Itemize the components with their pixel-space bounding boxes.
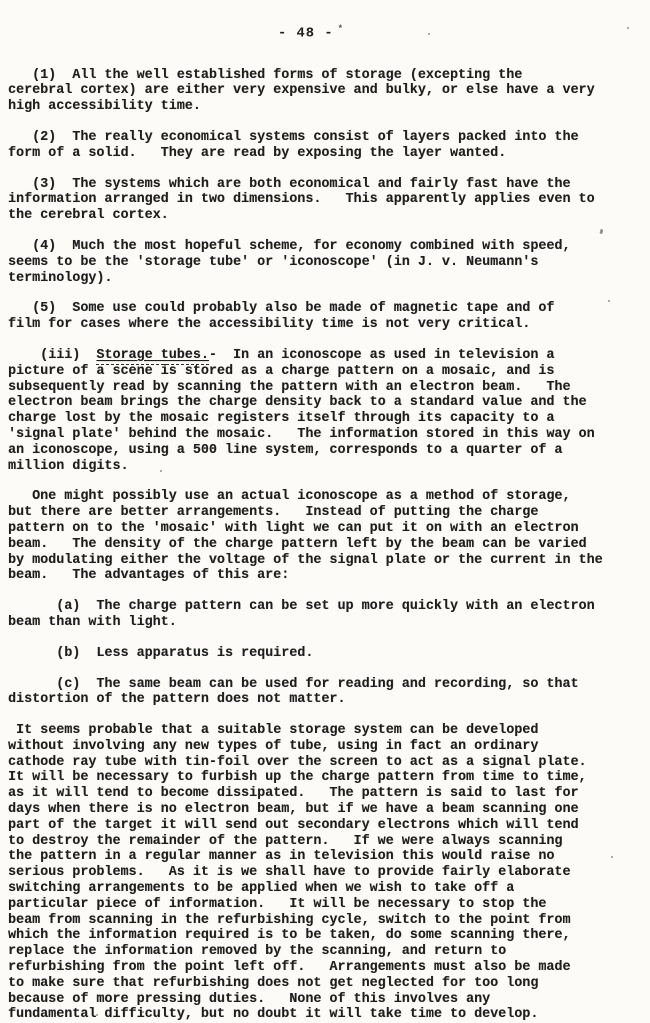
paragraph-3: (3) The systems which are both economica… <box>8 177 622 224</box>
scan-speck <box>608 300 610 302</box>
storage-tubes-prefix: (iii) <box>8 348 96 363</box>
document-body: (1) All the well established forms of st… <box>0 68 650 1023</box>
document-page: - 48 -* (1) All the well established for… <box>0 0 650 1023</box>
scan-speck <box>611 856 613 858</box>
paragraph-2: (2) The really economical systems consis… <box>8 130 622 162</box>
scan-speck <box>627 27 629 29</box>
storage-tubes-body: - In an iconoscope as used in television… <box>8 348 595 474</box>
paragraph-5: (5) Some use could probably also be made… <box>8 301 622 333</box>
scan-speck <box>142 1011 144 1013</box>
page-number: - 48 -* <box>0 24 636 42</box>
paragraph-4: (4) Much the most hopeful scheme, for ec… <box>8 239 622 286</box>
page-number-mark: * <box>338 24 344 34</box>
paragraph-one-might: One might possibly use an actual iconosc… <box>8 489 622 584</box>
list-item-c: (c) The same beam can be used for readin… <box>8 677 622 709</box>
paragraph-storage-tubes: (iii) Storage tubes.- In an iconoscope a… <box>8 348 622 474</box>
scan-speck <box>428 33 430 35</box>
scan-speck <box>96 1014 98 1016</box>
list-item-a: (a) The charge pattern can be set up mor… <box>8 599 622 631</box>
paragraph-final: It seems probable that a suitable storag… <box>8 723 622 1023</box>
paragraph-1: (1) All the well established forms of st… <box>8 68 622 115</box>
scan-speck <box>160 470 162 472</box>
page-number-text: - 48 - <box>278 27 334 42</box>
list-item-b: (b) Less apparatus is required. <box>8 646 622 662</box>
